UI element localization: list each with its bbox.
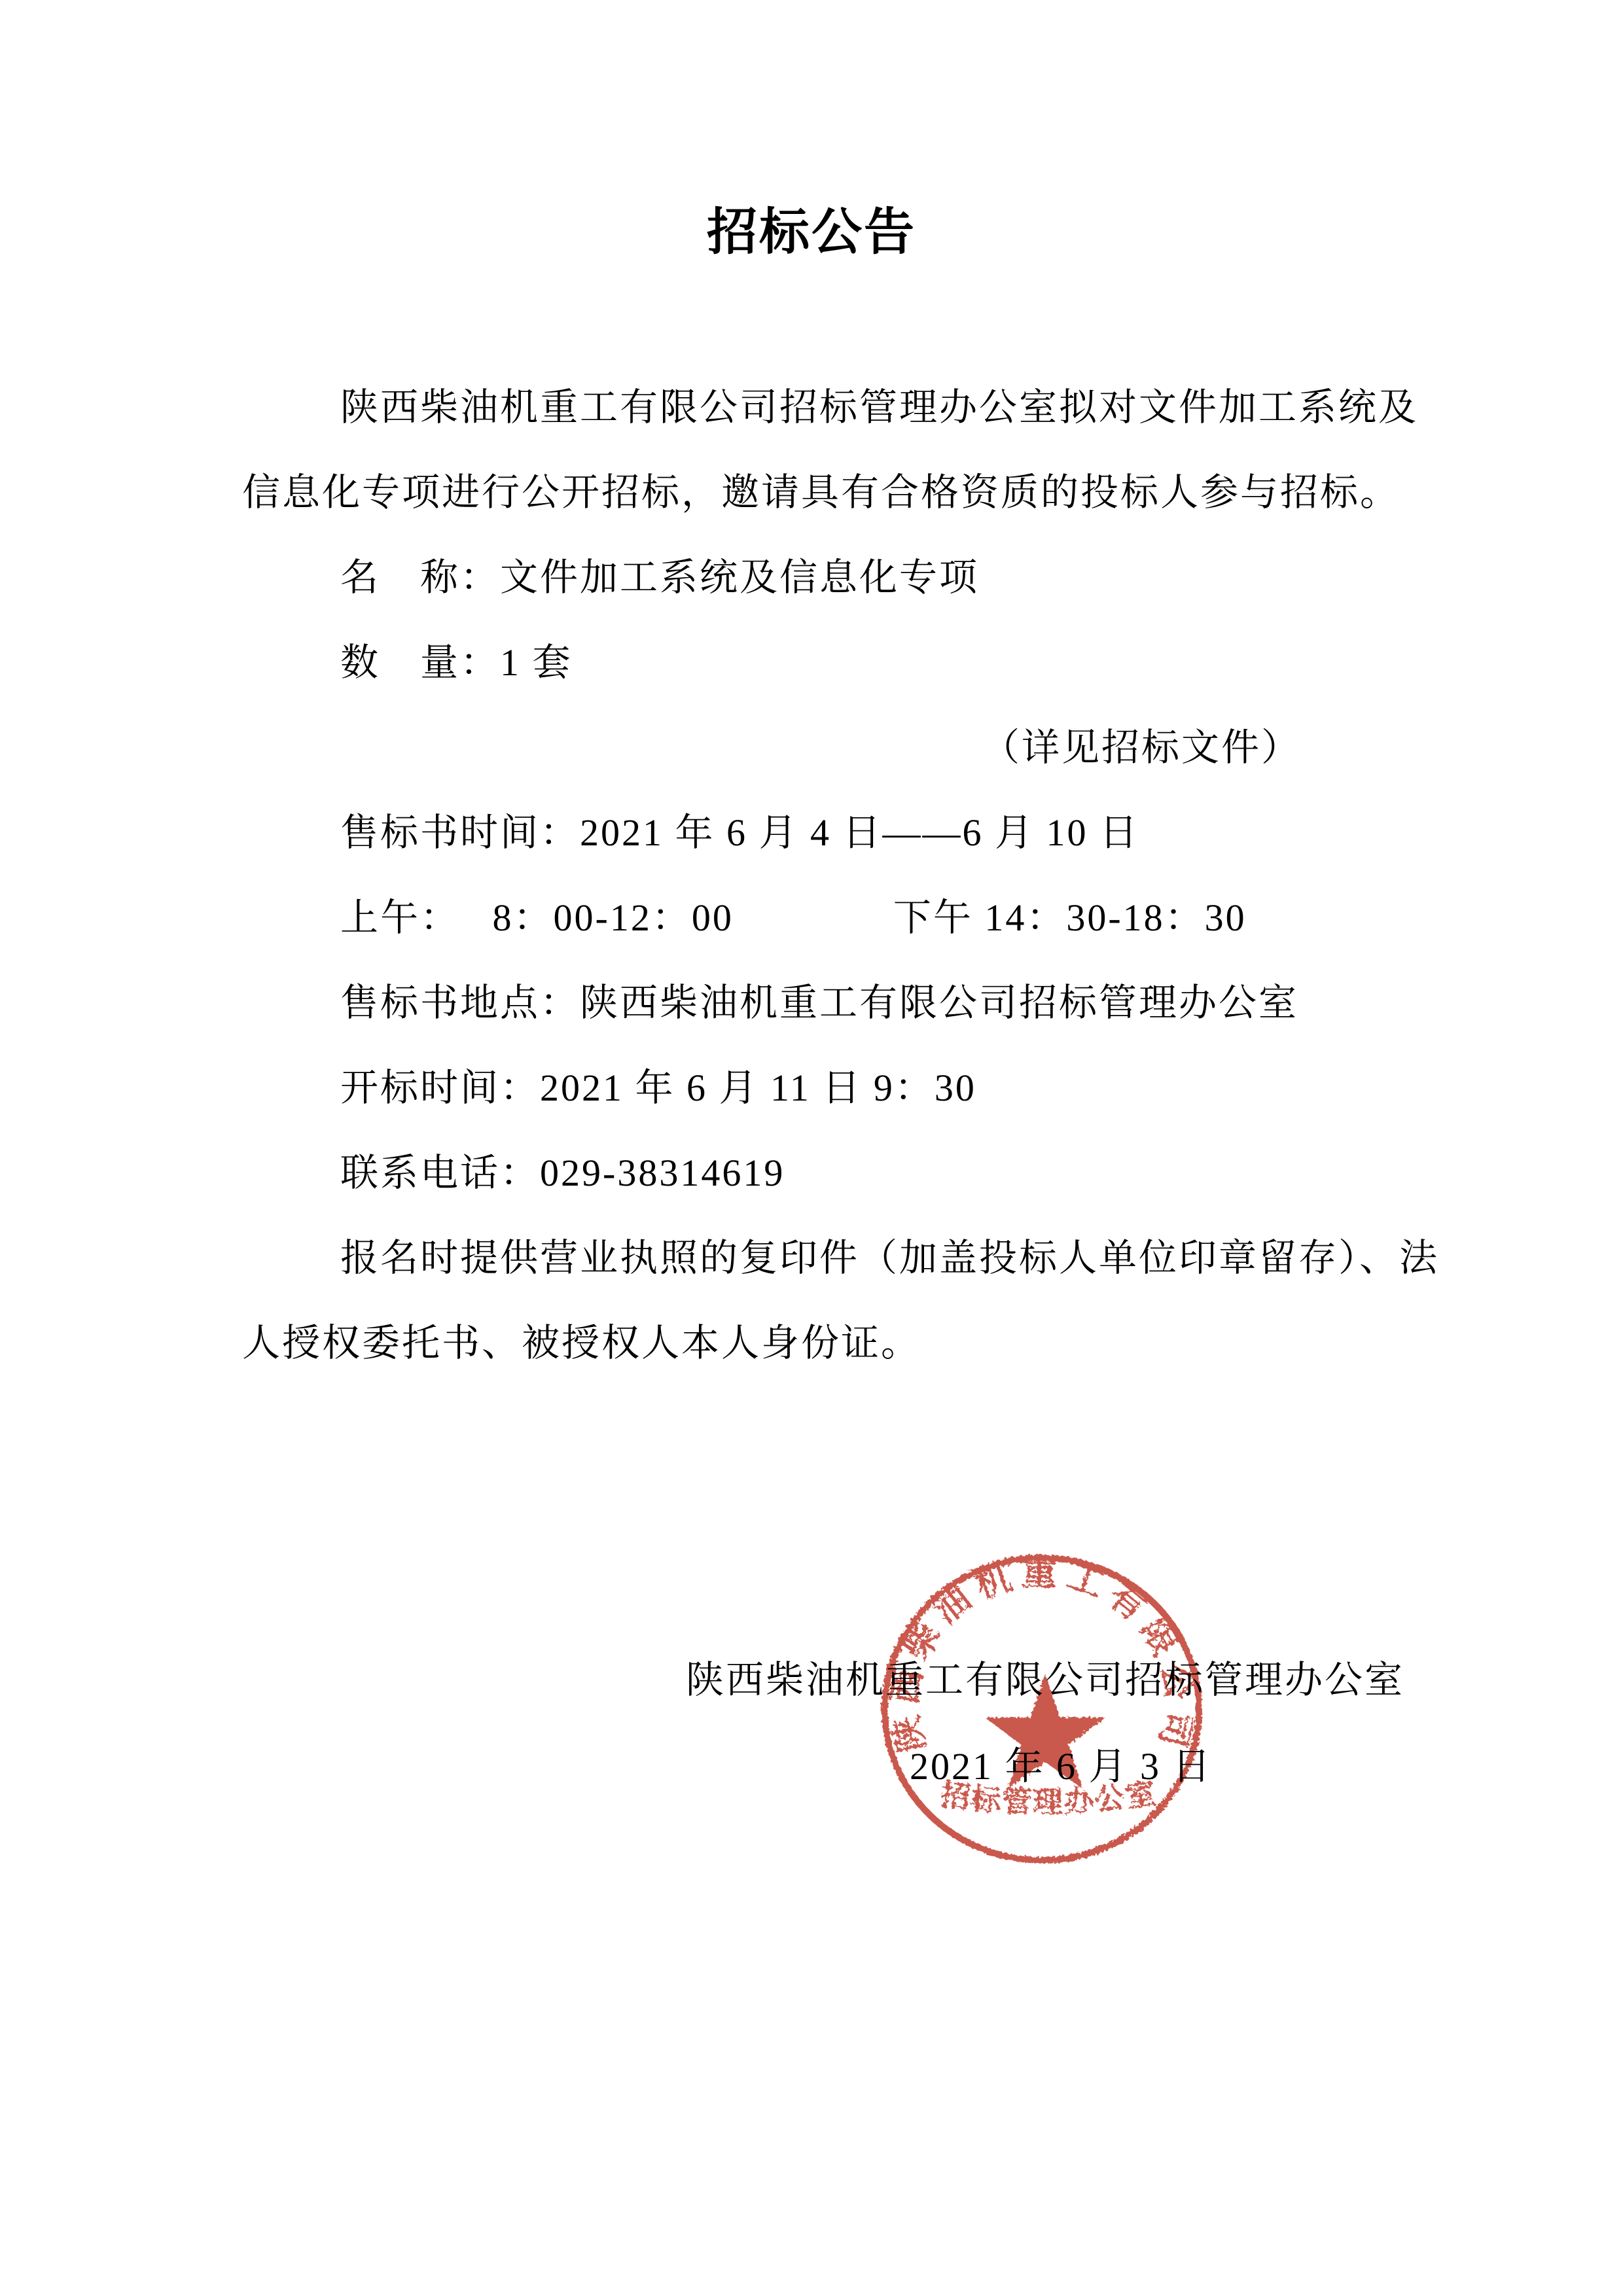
document-page: 招标公告 陕西柴油机重工有限公司 招标管理办公室 陕西柴油机重工有限公司招标管理… — [0, 0, 1623, 2296]
see-tender-doc-line: （详见招标文件） — [242, 705, 1414, 790]
registration-line: 报名时提供营业执照的复印件（加盖投标人单位印章留存）、法 — [242, 1216, 1414, 1301]
item-qty-line: 数 量：1 套 — [242, 620, 1414, 705]
registration-line: 人授权委托书、被授权人本人身份证。 — [242, 1301, 1414, 1386]
hours-line: 上午： 8：00-12：00 下午 14：30-18：30 — [242, 875, 1414, 961]
sale-place-line: 售标书地点：陕西柴油机重工有限公司招标管理办公室 — [242, 961, 1414, 1046]
date-line: 2021 年 6 月 3 日 — [910, 1724, 1213, 1809]
phone-line: 联系电话：029-38314619 — [242, 1131, 1414, 1216]
page-title: 招标公告 — [0, 196, 1623, 268]
paragraph-line: 信息化专项进行公开招标，邀请具有合格资质的投标人参与招标。 — [242, 450, 1414, 535]
body-text: 陕西柴油机重工有限公司招标管理办公室拟对文件加工系统及 信息化专项进行公开招标，… — [242, 365, 1414, 1386]
paragraph-line: 陕西柴油机重工有限公司招标管理办公室拟对文件加工系统及 — [242, 365, 1414, 450]
signature-line: 陕西柴油机重工有限公司招标管理办公室 — [686, 1638, 1404, 1723]
open-time-line: 开标时间：2021 年 6 月 11 日 9：30 — [242, 1046, 1414, 1131]
item-name-line: 名 称：文件加工系统及信息化专项 — [242, 535, 1414, 620]
sale-time-line: 售标书时间：2021 年 6 月 4 日——6 月 10 日 — [242, 790, 1414, 875]
